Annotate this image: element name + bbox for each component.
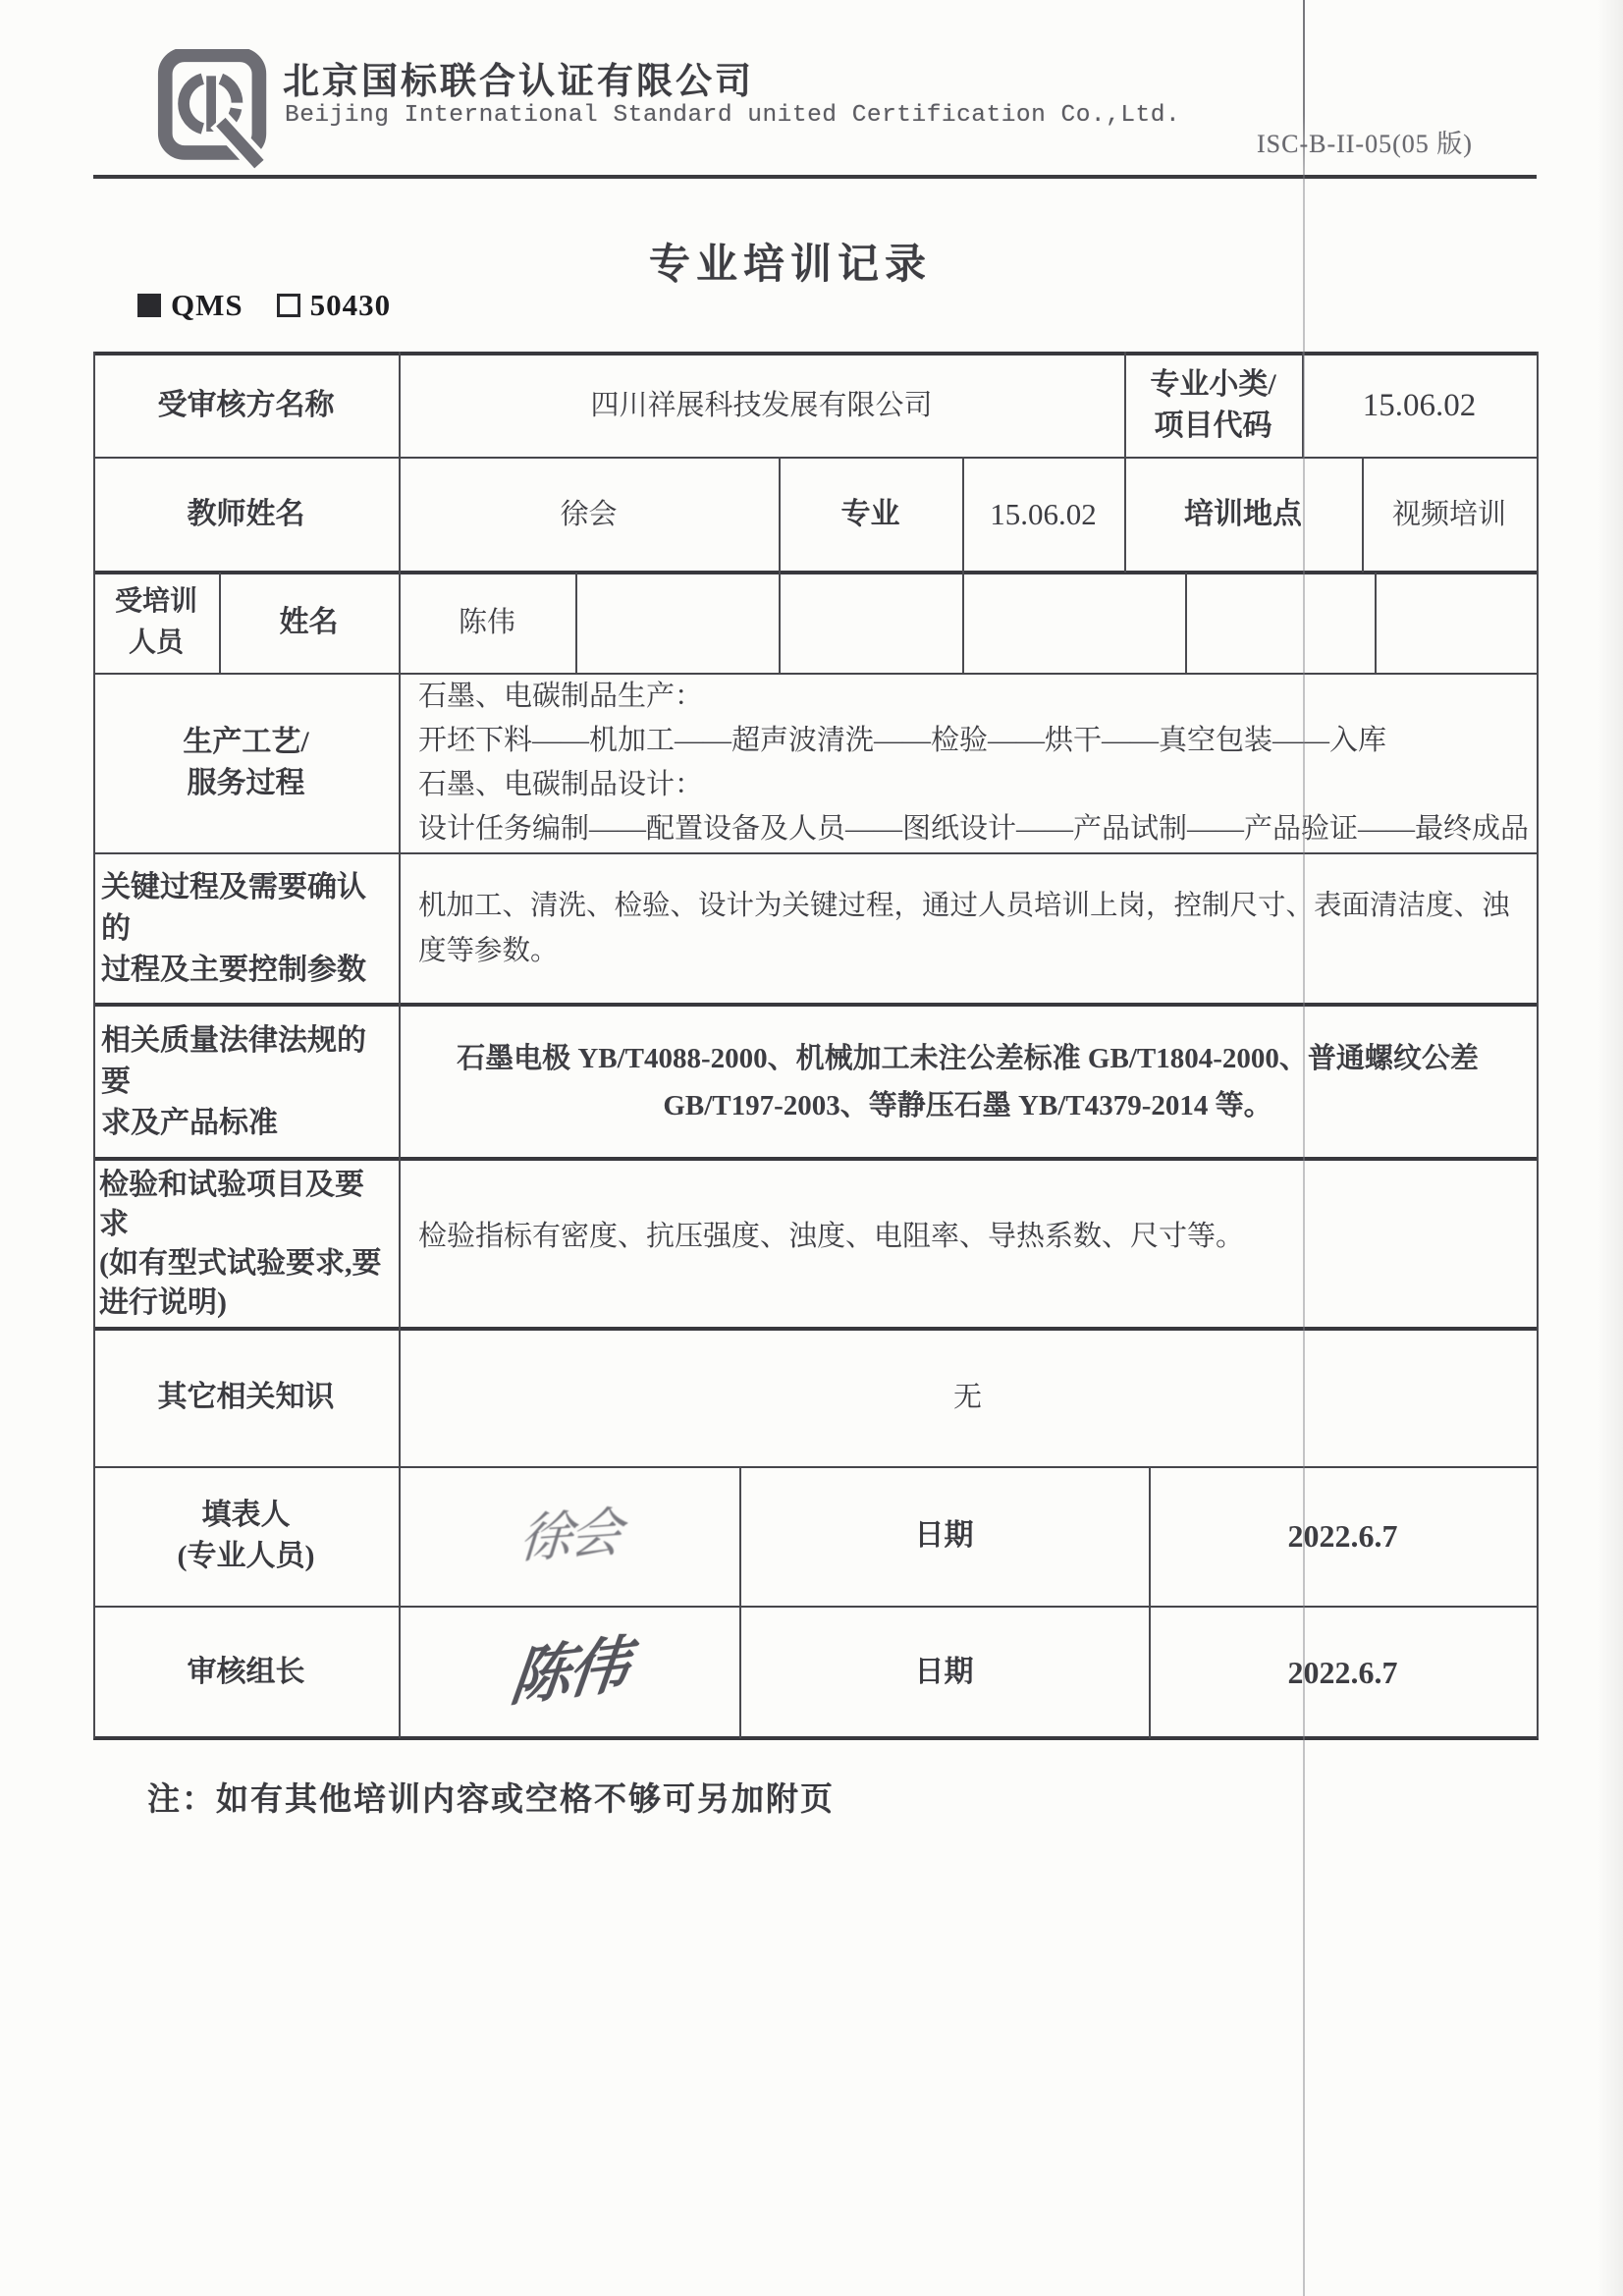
inspection-content-cell: 检验指标有密度、抗压强度、浊度、电阻率、导热系数、尺寸等。 [399, 1159, 1537, 1329]
auditor-date-label-cell: 日期 [739, 1606, 1149, 1738]
grid-line [962, 457, 964, 673]
grid-line [739, 1466, 741, 1738]
certification-mark-icon [157, 49, 273, 169]
preparer-label-cell: 填表人(专业人员) [93, 1466, 399, 1606]
grid-line [93, 457, 1539, 459]
trainee-name-label-cell: 姓名 [219, 573, 399, 673]
auditee-name-cell: 四川祥展科技发展有限公司 [399, 354, 1124, 457]
process-content-cell: 石墨、电碳制品生产： 开坯下料——机加工——超声波清洗——检验——烘干——真空包… [399, 673, 1537, 852]
preparer-date-cell: 2022.6.7 [1149, 1466, 1537, 1606]
preparer-date-label-cell: 日期 [739, 1466, 1149, 1606]
trainee-group-cell: 受培训人员 [93, 573, 219, 673]
grid-line [219, 573, 221, 673]
grid-line [1375, 573, 1377, 673]
major-label-cell: 专业 [779, 457, 962, 573]
qms-label: QMS [171, 288, 243, 323]
table-border-left [93, 352, 95, 1738]
location-value-cell: 视频培训 [1362, 457, 1537, 573]
scanned-training-record-page: 北京国标联合认证有限公司 Beijing International Stand… [0, 0, 1623, 2296]
category-code-cell: 15.06.02 [1302, 354, 1537, 457]
trainee-empty-cell [575, 573, 779, 673]
regulations-content-cell: 石墨电极 YB/T4088-2000、机械加工未注公差标准 GB/T1804-2… [399, 1005, 1537, 1159]
trainee-empty-cell [1375, 573, 1537, 673]
table-border-top [93, 352, 1539, 355]
grid-line [93, 673, 1539, 675]
process-label-cell: 生产工艺/服务过程 [93, 673, 399, 852]
grid-line [93, 1003, 1539, 1007]
grid-line [575, 573, 577, 673]
issuer-name-en: Beijing International Standard united Ce… [285, 102, 1180, 129]
grid-line [93, 1466, 1539, 1468]
location-label-cell: 培训地点 [1124, 457, 1362, 573]
regulations-label-cell: 相关质量法律法规的要求及产品标准 [93, 1005, 399, 1159]
grid-line [399, 352, 401, 1738]
scheme-checkboxes: QMS 50430 [137, 289, 391, 322]
auditor-signature-cell: 陈伟 [399, 1606, 739, 1738]
teacher-label-cell: 教师姓名 [93, 457, 399, 573]
table-border-bottom [93, 1736, 1539, 1740]
scan-artifact-line [1303, 0, 1305, 2296]
major-code-cell: 15.06.02 [962, 457, 1124, 573]
other-label-cell: 其它相关知识 [93, 1329, 399, 1466]
grid-line [1185, 573, 1187, 673]
document-code: ISC-B-II-05(05 版) [1257, 124, 1473, 160]
auditor-label-cell: 审核组长 [93, 1606, 399, 1738]
grid-line [779, 457, 781, 673]
grid-line [93, 1157, 1539, 1161]
qms-checkbox-checked [137, 294, 161, 317]
grid-line [93, 1606, 1539, 1608]
trainee-name-cell: 陈伟 [399, 573, 575, 673]
trainee-empty-cell [779, 573, 962, 673]
footer-note: 注：如有其他培训内容或空格不够可另加附页 [147, 1774, 835, 1820]
table-border-right [1537, 352, 1539, 1738]
auditor-date-cell: 2022.6.7 [1149, 1606, 1537, 1738]
grid-line [93, 852, 1539, 854]
category-label-cell: 专业小类/项目代码 [1124, 354, 1302, 457]
50430-label: 50430 [310, 288, 392, 323]
grid-line [93, 571, 1539, 574]
auditee-label-cell: 受审核方名称 [93, 354, 399, 457]
trainee-empty-cell [1185, 573, 1375, 673]
key-process-content-cell: 机加工、清洗、检验、设计为关键过程，通过人员培训上岗，控制尺寸、表面清洁度、浊度… [399, 852, 1537, 1005]
50430-checkbox-unchecked [277, 294, 300, 317]
grid-line [1149, 1466, 1151, 1738]
grid-line [93, 1327, 1539, 1331]
grid-line [1124, 352, 1126, 573]
trainee-empty-cell [962, 573, 1185, 673]
preparer-handwritten-signature: 徐会 [517, 1511, 621, 1559]
page-title: 专业培训记录 [0, 232, 1581, 291]
header-rule [93, 175, 1537, 179]
other-value-cell: 无 [399, 1329, 1537, 1466]
preparer-signature-cell: 徐会 [399, 1466, 739, 1606]
auditor-handwritten-signature: 陈伟 [509, 1644, 628, 1700]
key-process-label-cell: 关键过程及需要确认的过程及主要控制参数 [93, 852, 399, 1005]
inspection-label-cell: 检验和试验项目及要求(如有型式试验要求,要进行说明) [93, 1159, 399, 1329]
grid-line [1362, 457, 1364, 573]
issuer-name-cn: 北京国标联合认证有限公司 [283, 51, 754, 104]
teacher-name-cell: 徐会 [399, 457, 779, 573]
